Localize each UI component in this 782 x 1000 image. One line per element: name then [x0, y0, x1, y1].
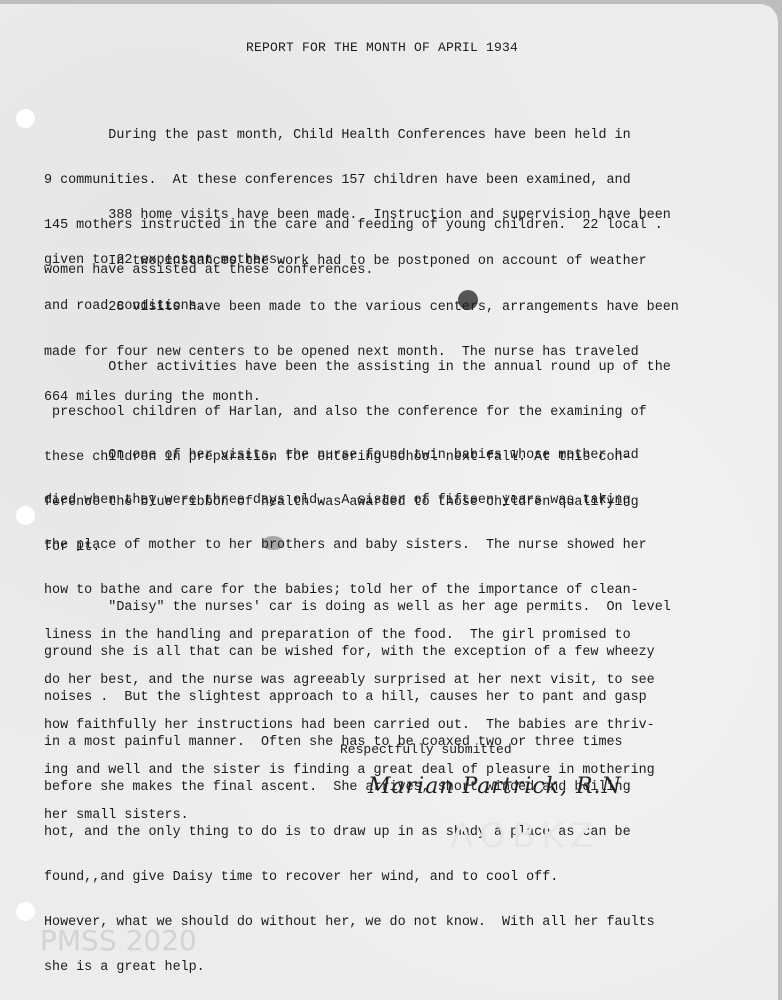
text-line: In two instances the work had to be post…: [44, 254, 744, 269]
text-line: On one of her visits, the nurse found tw…: [44, 448, 744, 463]
document-page: REPORT FOR THE MONTH OF APRIL 1934 Durin…: [0, 4, 778, 1000]
bleed-through-marks: ΛOBKZ: [450, 816, 599, 856]
punch-hole: [16, 506, 35, 525]
watermark: PMSS 2020: [40, 924, 197, 957]
punch-hole: [16, 902, 35, 921]
text-line: the place of mother to her brothers and …: [44, 538, 744, 553]
signature: Marian Partrick, R.N: [368, 774, 622, 799]
text-line: During the past month, Child Health Conf…: [44, 128, 744, 143]
text-line: ground she is all that can be wished for…: [44, 645, 744, 660]
report-title: REPORT FOR THE MONTH OF APRIL 1934: [246, 40, 518, 55]
text-line: 28 visits have been made to the various …: [44, 300, 744, 315]
text-line: hot, and the only thing to do is to draw…: [44, 825, 744, 840]
text-line: found,,and give Daisy time to recover he…: [44, 870, 744, 885]
text-line: she is a great help.: [44, 960, 744, 975]
text-line: "Daisy" the nurses' car is doing as well…: [44, 600, 744, 615]
text-line: 388 home visits have been made. Instruct…: [44, 208, 744, 223]
text-line: died when they were three days old. A si…: [44, 493, 744, 508]
text-line: Other activities have been the assisting…: [44, 360, 744, 375]
text-line: noises . But the slightest approach to a…: [44, 690, 744, 705]
closing-text: Respectfully submitted: [340, 742, 512, 757]
punch-hole: [16, 109, 35, 128]
